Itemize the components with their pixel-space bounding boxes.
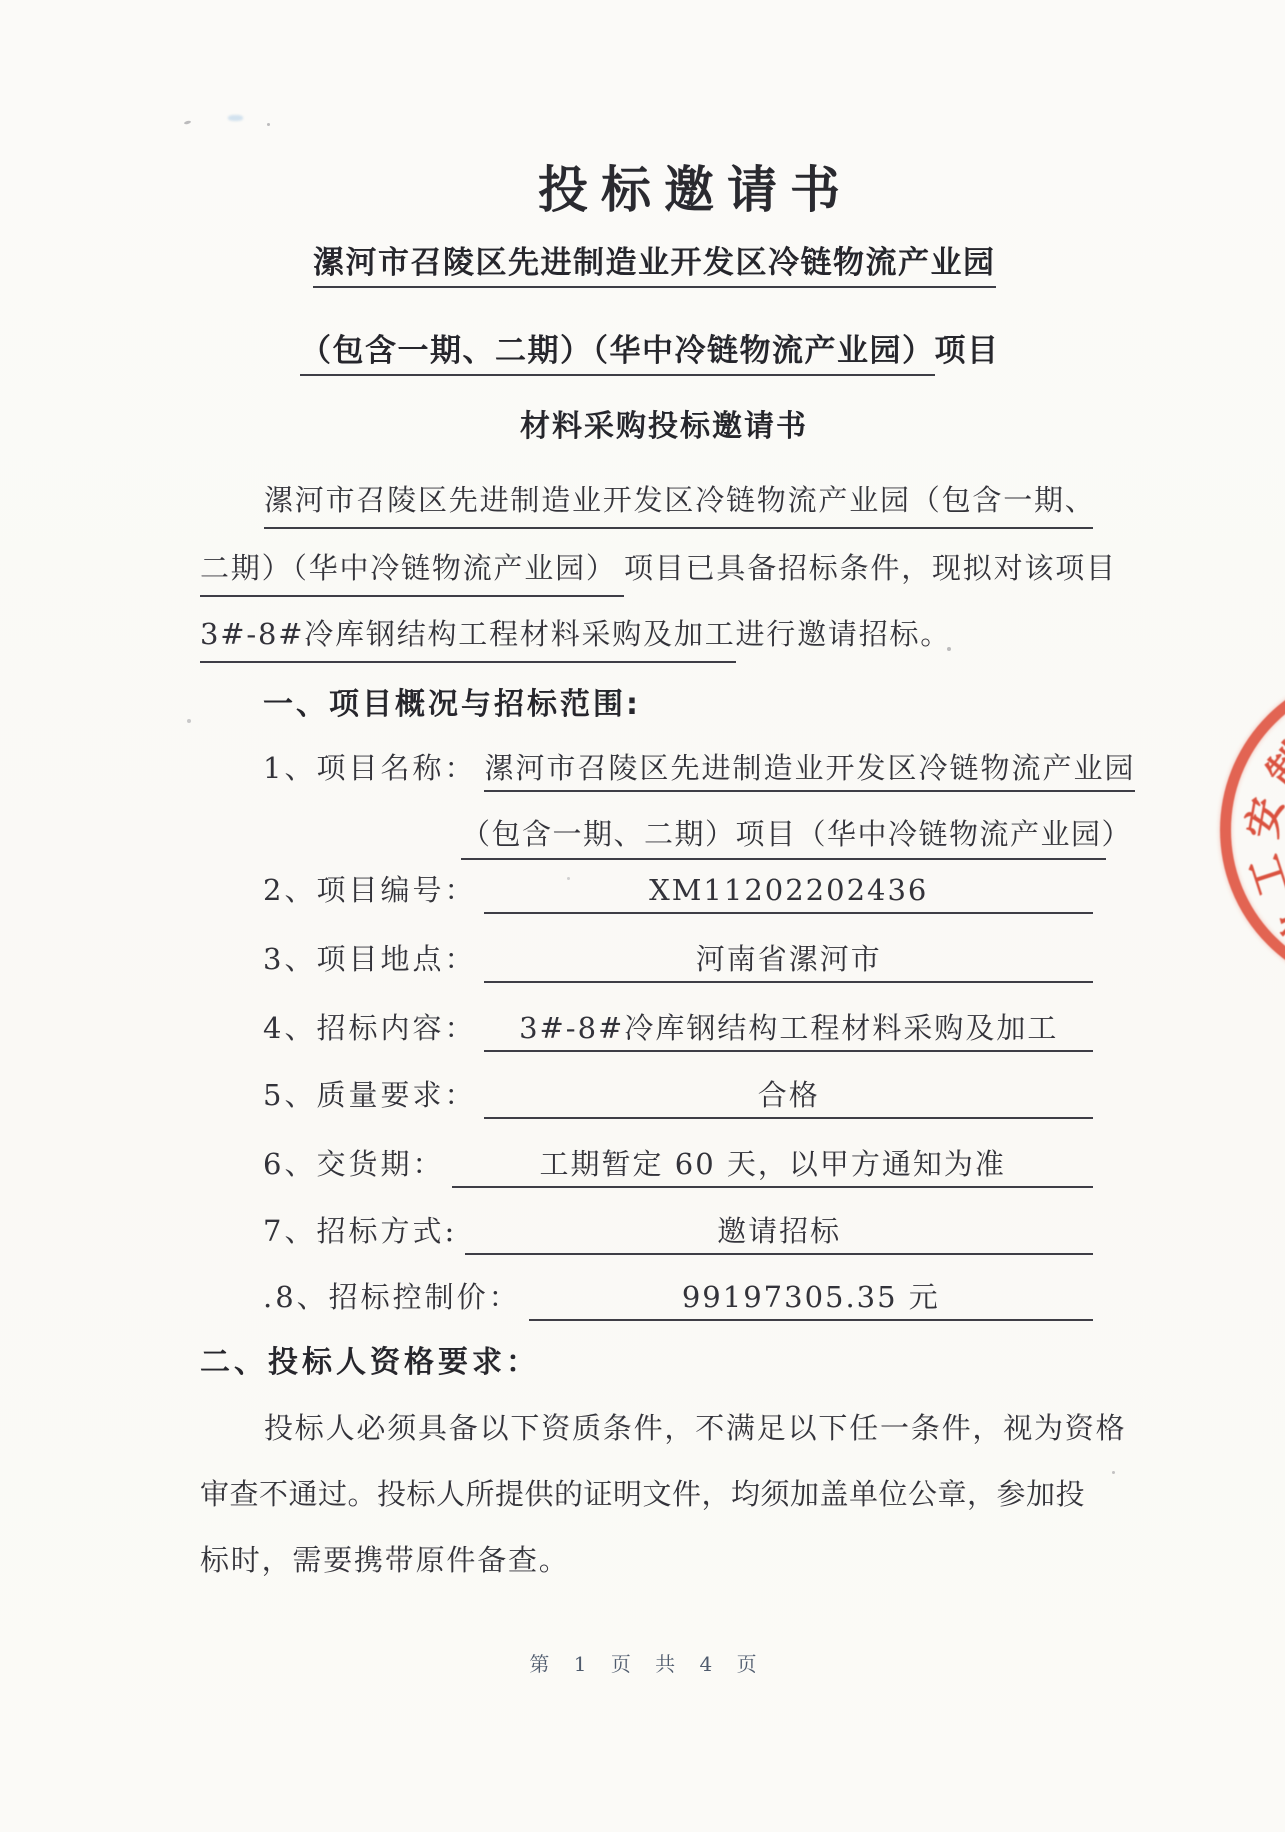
intro-line-1-underlined: 漯河市召陵区先进制造业开发区冷链物流产业园（包含一期、 bbox=[264, 478, 1093, 529]
item-control-price-label: .8、招标控制价： bbox=[263, 1273, 529, 1321]
item-tender-method: 7、招标方式: 邀请招标 bbox=[263, 1207, 1093, 1255]
project-title-line2-suffix: 项目 bbox=[935, 333, 1000, 369]
scan-artifact bbox=[267, 123, 270, 126]
item-project-name-value-line2: （包含一期、二期）项目（华中冷链物流产业园） bbox=[461, 810, 1106, 860]
item-control-price: .8、招标控制价： 99197305.35 元 bbox=[263, 1273, 1093, 1321]
project-title-line1: 漯河市召陵区先进制造业开发区冷链物流产业园 bbox=[313, 240, 996, 286]
item-quality-requirement: 5、质量要求： 合格 bbox=[263, 1071, 1093, 1119]
item-delivery-period-label: 6、交货期： bbox=[263, 1140, 452, 1188]
scan-artifact bbox=[228, 115, 243, 121]
intro-line-2: 二期）（华中冷链物流产业园）项目已具备招标条件，现拟对该项目 bbox=[200, 546, 1095, 597]
item-project-name: 1、项目名称： 漯河市召陵区先进制造业开发区冷链物流产业园 bbox=[263, 744, 1093, 792]
section-2-heading: 二、投标人资格要求： bbox=[200, 1340, 540, 1386]
item-tender-method-value: 邀请招标 bbox=[465, 1207, 1093, 1255]
project-title-line1-text: 漯河市召陵区先进制造业开发区冷链物流产业园 bbox=[313, 245, 996, 288]
scan-artifact bbox=[184, 120, 192, 125]
document-subtitle: 材料采购投标邀请书 bbox=[520, 404, 808, 450]
qualification-para-line-3: 标时，需要携带原件备查。 bbox=[200, 1538, 1095, 1582]
item-project-number: 2、项目编号： XM11202202436 bbox=[263, 866, 1093, 914]
item-project-location: 3、项目地点： 河南省漯河市 bbox=[263, 935, 1093, 983]
item-delivery-period: 6、交货期： 工期暂定 60 天，以甲方通知为准 bbox=[263, 1140, 1093, 1188]
item-tender-method-label: 7、招标方式: bbox=[263, 1207, 465, 1255]
item-project-number-value: XM11202202436 bbox=[484, 866, 1093, 914]
intro-line-3-underlined: 3#-8#冷库钢结构工程材料采购及加工 bbox=[200, 612, 736, 663]
qualification-para-line-1-text: 投标人必须具备以下资质条件，不满足以下任一条件，视为资格 bbox=[264, 1411, 1126, 1445]
intro-line-2-plain: 项目已具备招标条件，现拟对该项目 bbox=[624, 551, 1117, 585]
scanned-document-page: 投标邀请书 漯河市召陵区先进制造业开发区冷链物流产业园 （包含一期、二期）（华中… bbox=[0, 0, 1285, 1832]
item-control-price-value: 99197305.35 元 bbox=[529, 1273, 1093, 1321]
intro-line-3-plain: 进行邀请招标。 bbox=[736, 617, 952, 651]
item-tender-content-value: 3#-8#冷库钢结构工程材料采购及加工 bbox=[484, 1004, 1093, 1052]
intro-line-3: 3#-8#冷库钢结构工程材料采购及加工进行邀请招标。 bbox=[200, 612, 1095, 663]
item-project-number-label: 2、项目编号： bbox=[263, 866, 484, 914]
item-project-location-label: 3、项目地点： bbox=[263, 935, 484, 983]
project-title-line2-underlined: （包含一期、二期）（华中冷链物流产业园） bbox=[300, 333, 935, 376]
item-tender-content: 4、招标内容： 3#-8#冷库钢结构工程材料采购及加工 bbox=[263, 1004, 1093, 1052]
qualification-para-line-1: 投标人必须具备以下资质条件，不满足以下任一条件，视为资格 bbox=[200, 1406, 1095, 1450]
item-tender-content-label: 4、招标内容： bbox=[263, 1004, 484, 1052]
project-title-line2: （包含一期、二期）（华中冷链物流产业园）项目 bbox=[300, 328, 1000, 374]
intro-line-1: 漯河市召陵区先进制造业开发区冷链物流产业园（包含一期、 bbox=[200, 478, 1095, 529]
section-1-heading: 一、项目概况与招标范围: bbox=[263, 682, 641, 728]
item-project-name-value: 漯河市召陵区先进制造业开发区冷链物流产业园 bbox=[484, 744, 1135, 792]
intro-line-2-underlined: 二期）（华中冷链物流产业园） bbox=[200, 546, 624, 597]
qualification-para-line-2: 审查不通过。投标人所提供的证明文件，均须加盖单位公章，参加投 bbox=[200, 1472, 1095, 1516]
document-title: 投标邀请书 bbox=[538, 160, 853, 220]
item-quality-requirement-label: 5、质量要求： bbox=[263, 1071, 484, 1119]
scan-artifact bbox=[187, 719, 191, 723]
item-quality-requirement-value: 合格 bbox=[484, 1071, 1093, 1119]
page-number-footer: 第 1 页 共 4 页 bbox=[5, 1648, 1285, 1677]
item-project-location-value: 河南省漯河市 bbox=[484, 935, 1093, 983]
scan-artifact bbox=[1112, 1471, 1115, 1474]
item-delivery-period-value: 工期暂定 60 天，以甲方通知为准 bbox=[452, 1140, 1093, 1188]
item-project-name-label: 1、项目名称： bbox=[263, 744, 484, 792]
